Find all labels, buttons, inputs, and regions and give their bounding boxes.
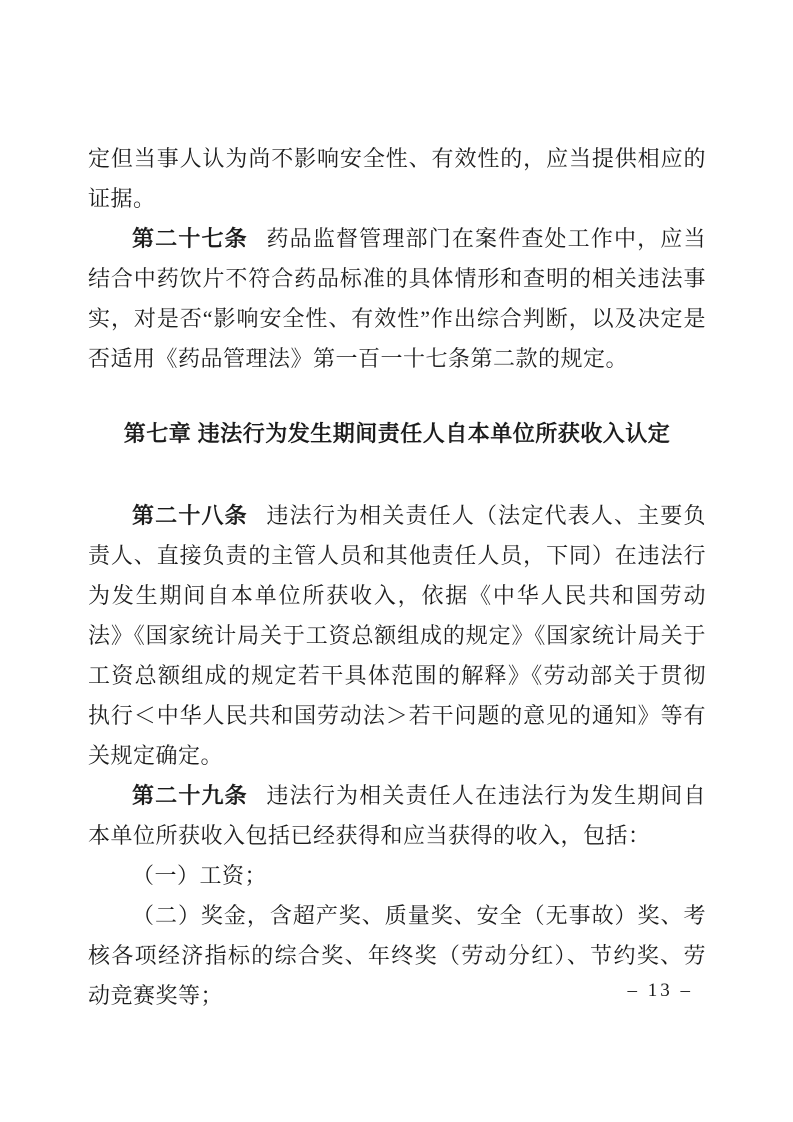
list-item-1: （一）工资； (88, 856, 706, 896)
document-page: 定但当事人认为尚不影响安全性、有效性的，应当提供相应的证据。 第二十七条药品监督… (0, 0, 793, 1122)
document-content: 定但当事人认为尚不影响安全性、有效性的，应当提供相应的证据。 第二十七条药品监督… (88, 139, 706, 1016)
paragraph-article-28: 第二十八条违法行为相关责任人（法定代表人、主要负责人、直接负责的主管人员和其他责… (88, 496, 706, 776)
article-29-label: 第二十九条 (132, 783, 248, 808)
paragraph-article-29: 第二十九条违法行为相关责任人在违法行为发生期间自本单位所获收入包括已经获得和应当… (88, 776, 706, 856)
page-number: – 13 – (628, 980, 694, 1002)
article-28-text: 违法行为相关责任人（法定代表人、主要负责人、直接负责的主管人员和其他责任人员，下… (88, 503, 706, 768)
list-item-2: （二）奖金，含超产奖、质量奖、安全（无事故）奖、考核各项经济指标的综合奖、年终奖… (88, 896, 706, 1016)
article-28-label: 第二十八条 (132, 503, 248, 528)
paragraph-continuation: 定但当事人认为尚不影响安全性、有效性的，应当提供相应的证据。 (88, 139, 706, 219)
chapter-7-heading: 第七章 违法行为发生期间责任人自本单位所获收入认定 (88, 414, 706, 454)
article-27-label: 第二十七条 (132, 226, 248, 251)
paragraph-article-27: 第二十七条药品监督管理部门在案件查处工作中，应当结合中药饮片不符合药品标准的具体… (88, 219, 706, 379)
